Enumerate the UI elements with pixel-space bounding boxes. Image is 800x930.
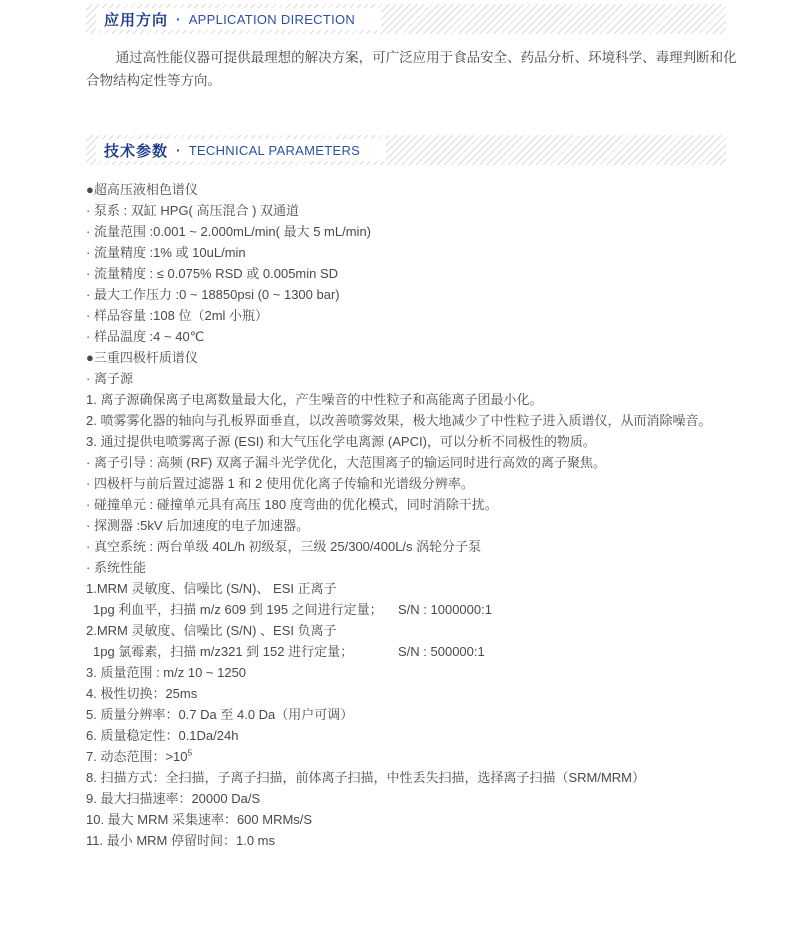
parameter-line: 3. 通过提供电喷雾离子源 (ESI) 和大气压化学电离源 (APCI)，可以分… — [86, 431, 742, 452]
parameter-text: · 探测器 :5kV 后加速度的电子加速器。 — [86, 518, 309, 533]
parameter-line: · 样品容量 :108 位（2ml 小瓶） — [86, 305, 742, 326]
parameter-text: 10. 最大 MRM 采集速率：600 MRMs/S — [86, 812, 312, 827]
parameter-line: · 离子源 — [86, 368, 742, 389]
datasheet-page: 应用方向 · APPLICATION DIRECTION 通过高性能仪器可提供最… — [0, 0, 800, 930]
parameter-text: ●三重四极杆质谱仪 — [86, 350, 198, 365]
parameter-text: · 样品温度 :4 ~ 40℃ — [86, 329, 204, 344]
parameter-text: · 最大工作压力 :0 ~ 18850psi (0 ~ 1300 bar) — [86, 287, 340, 302]
parameter-line: 8. 扫描方式：全扫描，子离子扫描，前体离子扫描，中性丢失扫描，选择离子扫描（S… — [86, 767, 742, 788]
parameter-line: 9. 最大扫描速率：20000 Da/S — [86, 788, 742, 809]
parameter-line: 1. 离子源确保离子电离数量最大化，产生噪音的中性粒子和高能离子团最小化。 — [86, 389, 742, 410]
parameter-list: ●超高压液相色谱仪· 泵系 : 双缸 HPG( 高压混合 ) 双通道· 流量范围… — [86, 179, 742, 851]
parameter-text: · 离子源 — [86, 371, 133, 386]
parameter-line: 2.MRM 灵敏度、信噪比 (S/N) 、ESI 负离子 — [86, 620, 742, 641]
parameter-text: · 真空系统 : 两台单级 40L/h 初级泵，三级 25/300/400L/s… — [86, 539, 481, 554]
parameter-text: 1pg 氯霉素，扫描 m/z321 到 152 进行定量； — [93, 644, 353, 659]
section-header-application: 应用方向 · APPLICATION DIRECTION — [86, 4, 726, 34]
parameter-text: 7. 动态范围：>10 — [86, 749, 188, 764]
parameter-text: 1.MRM 灵敏度、信噪比 (S/N)、 ESI 正离子 — [86, 581, 337, 596]
parameter-text: 8. 扫描方式：全扫描，子离子扫描，前体离子扫描，中性丢失扫描，选择离子扫描（S… — [86, 770, 645, 785]
parameter-line: 4. 极性切换：25ms — [86, 683, 742, 704]
parameter-line: · 流量精度 : ≤ 0.075% RSD 或 0.005min SD — [86, 263, 742, 284]
section-title-zh: 技术参数 — [104, 140, 168, 161]
parameter-text: · 流量范围 :0.001 ~ 2.000mL/min( 最大 5 mL/min… — [86, 224, 371, 239]
parameter-text: · 碰撞单元 : 碰撞单元具有高压 180 度弯曲的优化模式，同时消除干扰。 — [86, 497, 498, 512]
parameter-line: · 四极杆与前后置过滤器 1 和 2 使用优化离子传输和光谱级分辨率。 — [86, 473, 742, 494]
parameter-line: 5. 质量分辨率：0.7 Da 至 4.0 Da（用户可调） — [86, 704, 742, 725]
section-header-inner: 技术参数 · TECHNICAL PARAMETERS — [96, 139, 386, 161]
parameter-text: 2.MRM 灵敏度、信噪比 (S/N) 、ESI 负离子 — [86, 623, 337, 638]
parameter-text: 9. 最大扫描速率：20000 Da/S — [86, 791, 260, 806]
parameter-line: · 离子引导 : 高频 (RF) 双离子漏斗光学优化，大范围离子的输运同时进行高… — [86, 452, 742, 473]
parameter-line: · 碰撞单元 : 碰撞单元具有高压 180 度弯曲的优化模式，同时消除干扰。 — [86, 494, 742, 515]
parameter-line: · 流量范围 :0.001 ~ 2.000mL/min( 最大 5 mL/min… — [86, 221, 742, 242]
section-title-en: APPLICATION DIRECTION — [189, 12, 355, 27]
parameter-text: 3. 通过提供电喷雾离子源 (ESI) 和大气压化学电离源 (APCI)，可以分… — [86, 434, 596, 449]
parameter-text: 5. 质量分辨率：0.7 Da 至 4.0 Da（用户可调） — [86, 707, 353, 722]
parameter-text: · 四极杆与前后置过滤器 1 和 2 使用优化离子传输和光谱级分辨率。 — [86, 476, 474, 491]
parameter-text: 1. 离子源确保离子电离数量最大化，产生噪音的中性粒子和高能离子团最小化。 — [86, 392, 542, 407]
parameter-text: · 系统性能 — [86, 560, 146, 575]
parameter-text: · 泵系 : 双缸 HPG( 高压混合 ) 双通道 — [86, 203, 299, 218]
parameter-line: 1.MRM 灵敏度、信噪比 (S/N)、 ESI 正离子 — [86, 578, 742, 599]
parameter-group-heading: ●三重四极杆质谱仪 — [86, 347, 742, 368]
parameter-text: 2. 喷雾雾化器的轴向与孔板界面垂直，以改善喷雾效果，极大地减少了中性粒子进入质… — [86, 413, 711, 428]
parameter-line: 7. 动态范围：>105 — [86, 746, 742, 767]
parameter-line: · 泵系 : 双缸 HPG( 高压混合 ) 双通道 — [86, 200, 742, 221]
application-paragraph: 通过高性能仪器可提供最理想的解决方案，可广泛应用于食品安全、药品分析、环境科学、… — [86, 46, 742, 92]
superscript-exponent: 5 — [188, 748, 193, 758]
section-title-zh: 应用方向 — [104, 9, 168, 30]
parameter-line: 1pg 利血平，扫描 m/z 609 到 195 之间进行定量；S/N : 10… — [86, 599, 742, 620]
section-header-inner: 应用方向 · APPLICATION DIRECTION — [96, 8, 381, 30]
parameter-line: · 流量精度 :1% 或 10uL/min — [86, 242, 742, 263]
parameter-line: · 最大工作压力 :0 ~ 18850psi (0 ~ 1300 bar) — [86, 284, 742, 305]
parameter-line: · 系统性能 — [86, 557, 742, 578]
parameter-text: 1pg 利血平，扫描 m/z 609 到 195 之间进行定量； — [93, 602, 383, 617]
title-separator-dot-icon: · — [176, 11, 181, 27]
parameter-line: 6. 质量稳定性：0.1Da/24h — [86, 725, 742, 746]
parameter-text: 4. 极性切换：25ms — [86, 686, 197, 701]
parameter-line: · 探测器 :5kV 后加速度的电子加速器。 — [86, 515, 742, 536]
parameter-line: 11. 最小 MRM 停留时间：1.0 ms — [86, 830, 742, 851]
parameter-text: · 流量精度 :1% 或 10uL/min — [86, 245, 246, 260]
parameter-text: · 离子引导 : 高频 (RF) 双离子漏斗光学优化，大范围离子的输运同时进行高… — [86, 455, 606, 470]
technical-parameters-section: 技术参数 · TECHNICAL PARAMETERS ●超高压液相色谱仪· 泵… — [86, 135, 742, 851]
parameter-group-heading: ●超高压液相色谱仪 — [86, 179, 742, 200]
parameter-line: 1pg 氯霉素，扫描 m/z321 到 152 进行定量；S/N : 50000… — [86, 641, 742, 662]
title-separator-dot-icon: · — [176, 142, 181, 158]
parameter-line: 10. 最大 MRM 采集速率：600 MRMs/S — [86, 809, 742, 830]
parameter-line: 3. 质量范围 : m/z 10 ~ 1250 — [86, 662, 742, 683]
parameter-text: ●超高压液相色谱仪 — [86, 182, 198, 197]
parameter-text: 3. 质量范围 : m/z 10 ~ 1250 — [86, 665, 246, 680]
section-header-technical: 技术参数 · TECHNICAL PARAMETERS — [86, 135, 726, 165]
parameter-text: · 样品容量 :108 位（2ml 小瓶） — [86, 308, 268, 323]
parameter-text: 11. 最小 MRM 停留时间：1.0 ms — [86, 833, 275, 848]
signal-to-noise-value: S/N : 500000:1 — [398, 641, 485, 662]
parameter-line: · 真空系统 : 两台单级 40L/h 初级泵，三级 25/300/400L/s… — [86, 536, 742, 557]
parameter-text: · 流量精度 : ≤ 0.075% RSD 或 0.005min SD — [86, 266, 338, 281]
page-content: 应用方向 · APPLICATION DIRECTION 通过高性能仪器可提供最… — [86, 0, 742, 851]
parameter-text: 6. 质量稳定性：0.1Da/24h — [86, 728, 238, 743]
parameter-line: 2. 喷雾雾化器的轴向与孔板界面垂直，以改善喷雾效果，极大地减少了中性粒子进入质… — [86, 410, 742, 431]
signal-to-noise-value: S/N : 1000000:1 — [398, 599, 492, 620]
parameter-line: · 样品温度 :4 ~ 40℃ — [86, 326, 742, 347]
section-title-en: TECHNICAL PARAMETERS — [189, 143, 360, 158]
application-direction-section: 应用方向 · APPLICATION DIRECTION 通过高性能仪器可提供最… — [86, 4, 742, 92]
